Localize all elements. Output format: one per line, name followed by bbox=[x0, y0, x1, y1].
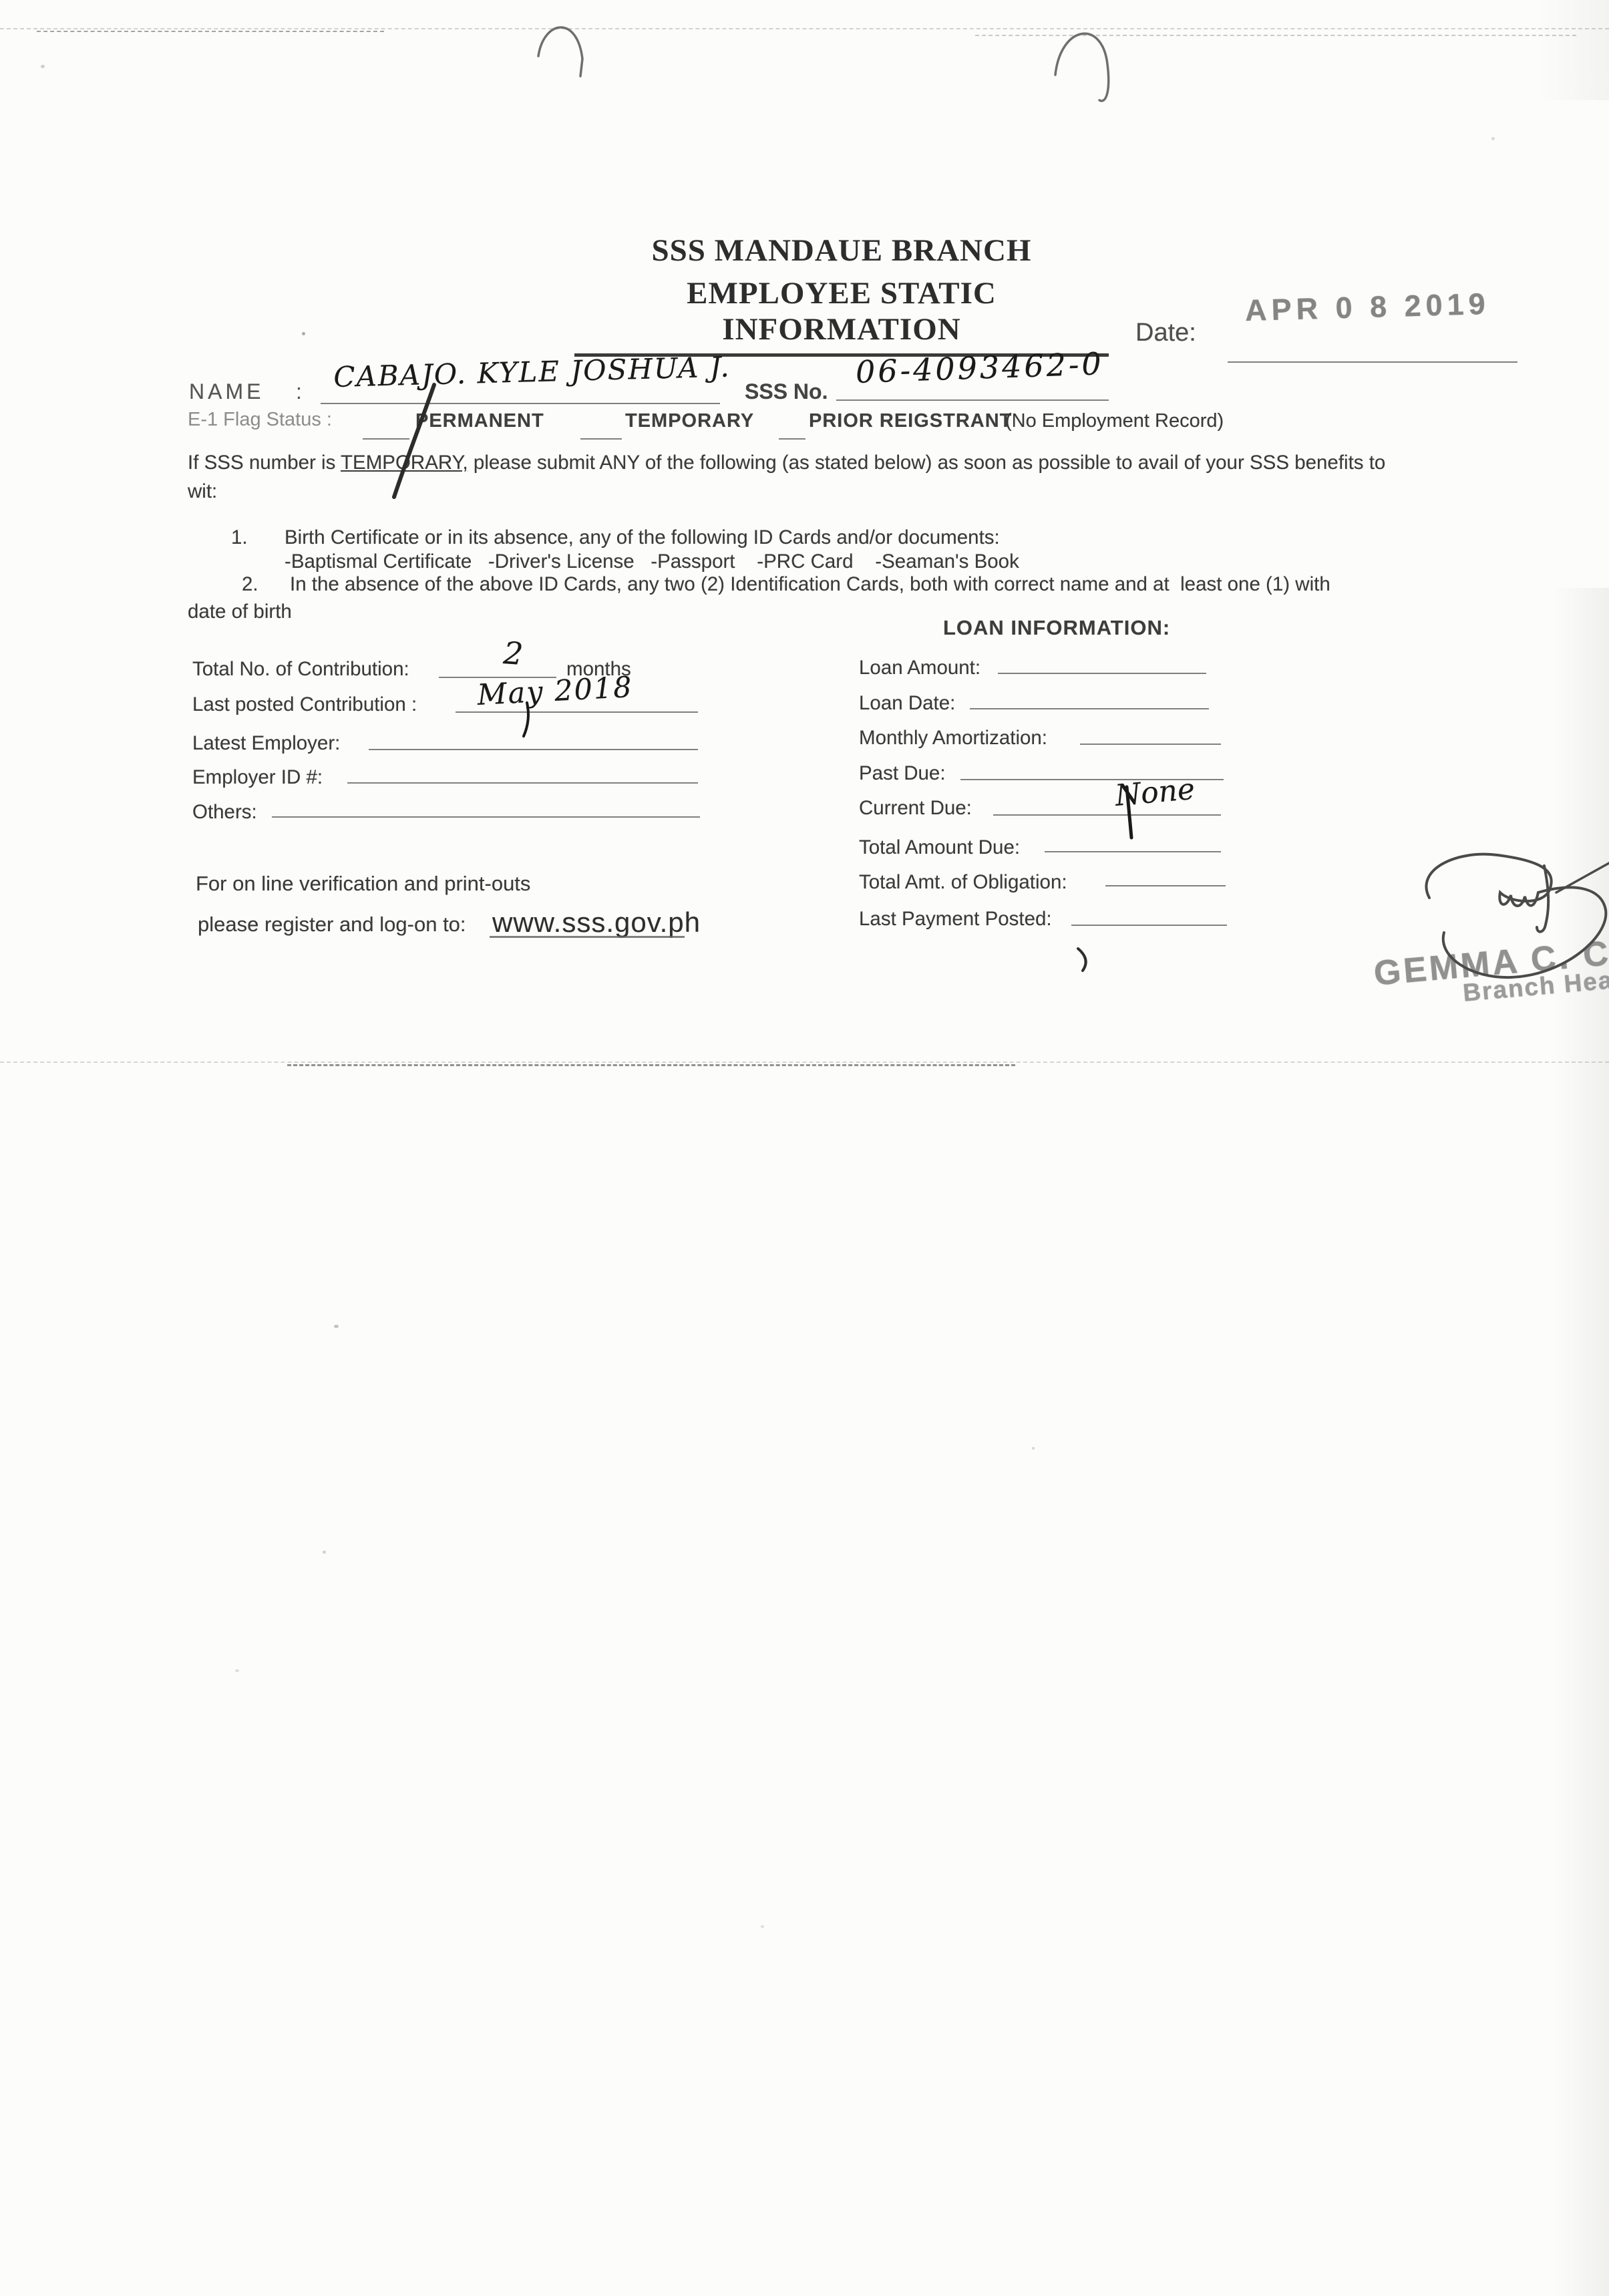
scan-speck bbox=[41, 65, 45, 68]
scan-speck bbox=[235, 1669, 239, 1672]
page-curl-mark-left bbox=[538, 27, 582, 76]
scan-speck bbox=[1491, 137, 1495, 140]
scan-speck bbox=[1032, 1447, 1035, 1450]
may-2018-descender-stroke bbox=[524, 703, 528, 736]
scanned-form-page: SSS MANDAUE BRANCH EMPLOYEE STATIC INFOR… bbox=[0, 0, 1609, 2296]
permanent-checkmark bbox=[394, 385, 434, 497]
scan-speck bbox=[761, 1925, 764, 1928]
scan-ink-marks-layer bbox=[0, 0, 1609, 2296]
signature-scribble bbox=[1426, 854, 1606, 977]
scan-speck bbox=[323, 1550, 326, 1554]
none-descender-stroke bbox=[1127, 787, 1131, 838]
scan-speck bbox=[334, 1325, 339, 1328]
stray-pen-mark bbox=[1078, 949, 1086, 971]
page-curl-mark-right bbox=[1055, 33, 1109, 101]
scan-speck bbox=[302, 332, 305, 335]
